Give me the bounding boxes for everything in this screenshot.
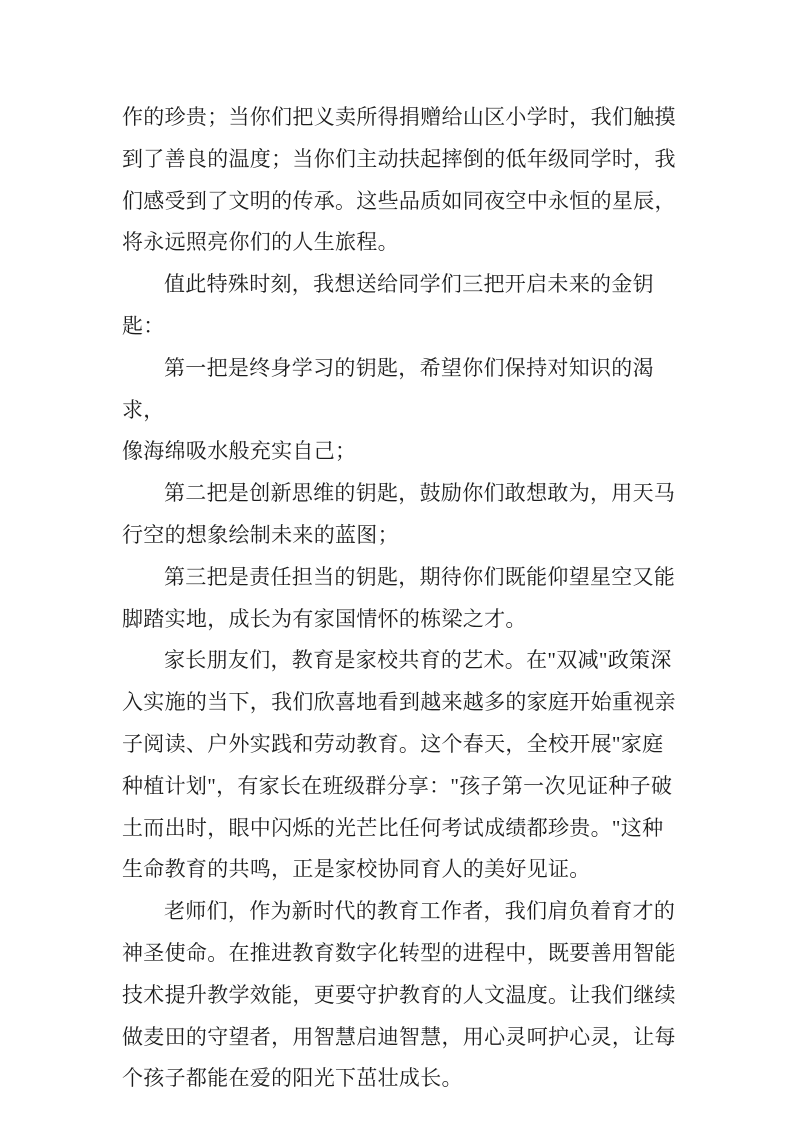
paragraph-three-keys-intro: 值此特殊时刻，我想送给同学们三把开启未来的金钥匙：: [122, 264, 677, 348]
document-page: 作的珍贵；当你们把义卖所得捐赠给山区小学时，我们触摸 到了善良的温度；当你们主动…: [0, 0, 793, 1122]
paragraph-first-key: 第一把是终身学习的钥匙，希望你们保持对知识的渴求， 像海绵吸水般充实自己；: [122, 348, 677, 473]
paragraph-continuation: 作的珍贵；当你们把义卖所得捐赠给山区小学时，我们触摸 到了善良的温度；当你们主动…: [122, 97, 677, 264]
document-body: 作的珍贵；当你们把义卖所得捐赠给山区小学时，我们触摸 到了善良的温度；当你们主动…: [122, 97, 677, 1100]
paragraph-teachers: 老师们，作为新时代的教育工作者，我们肩负着育才的 神圣使命。在推进教育数字化转型…: [122, 891, 677, 1100]
paragraph-third-key: 第三把是责任担当的钥匙，期待你们既能仰望星空又能 脚踏实地，成长为有家国情怀的栋…: [122, 557, 677, 641]
paragraph-second-key: 第二把是创新思维的钥匙，鼓励你们敢想敢为，用天马 行空的想象绘制未来的蓝图；: [122, 473, 677, 557]
paragraph-parents: 家长朋友们，教育是家校共育的艺术。在"双减"政策深 入实施的当下，我们欣喜地看到…: [122, 640, 677, 891]
